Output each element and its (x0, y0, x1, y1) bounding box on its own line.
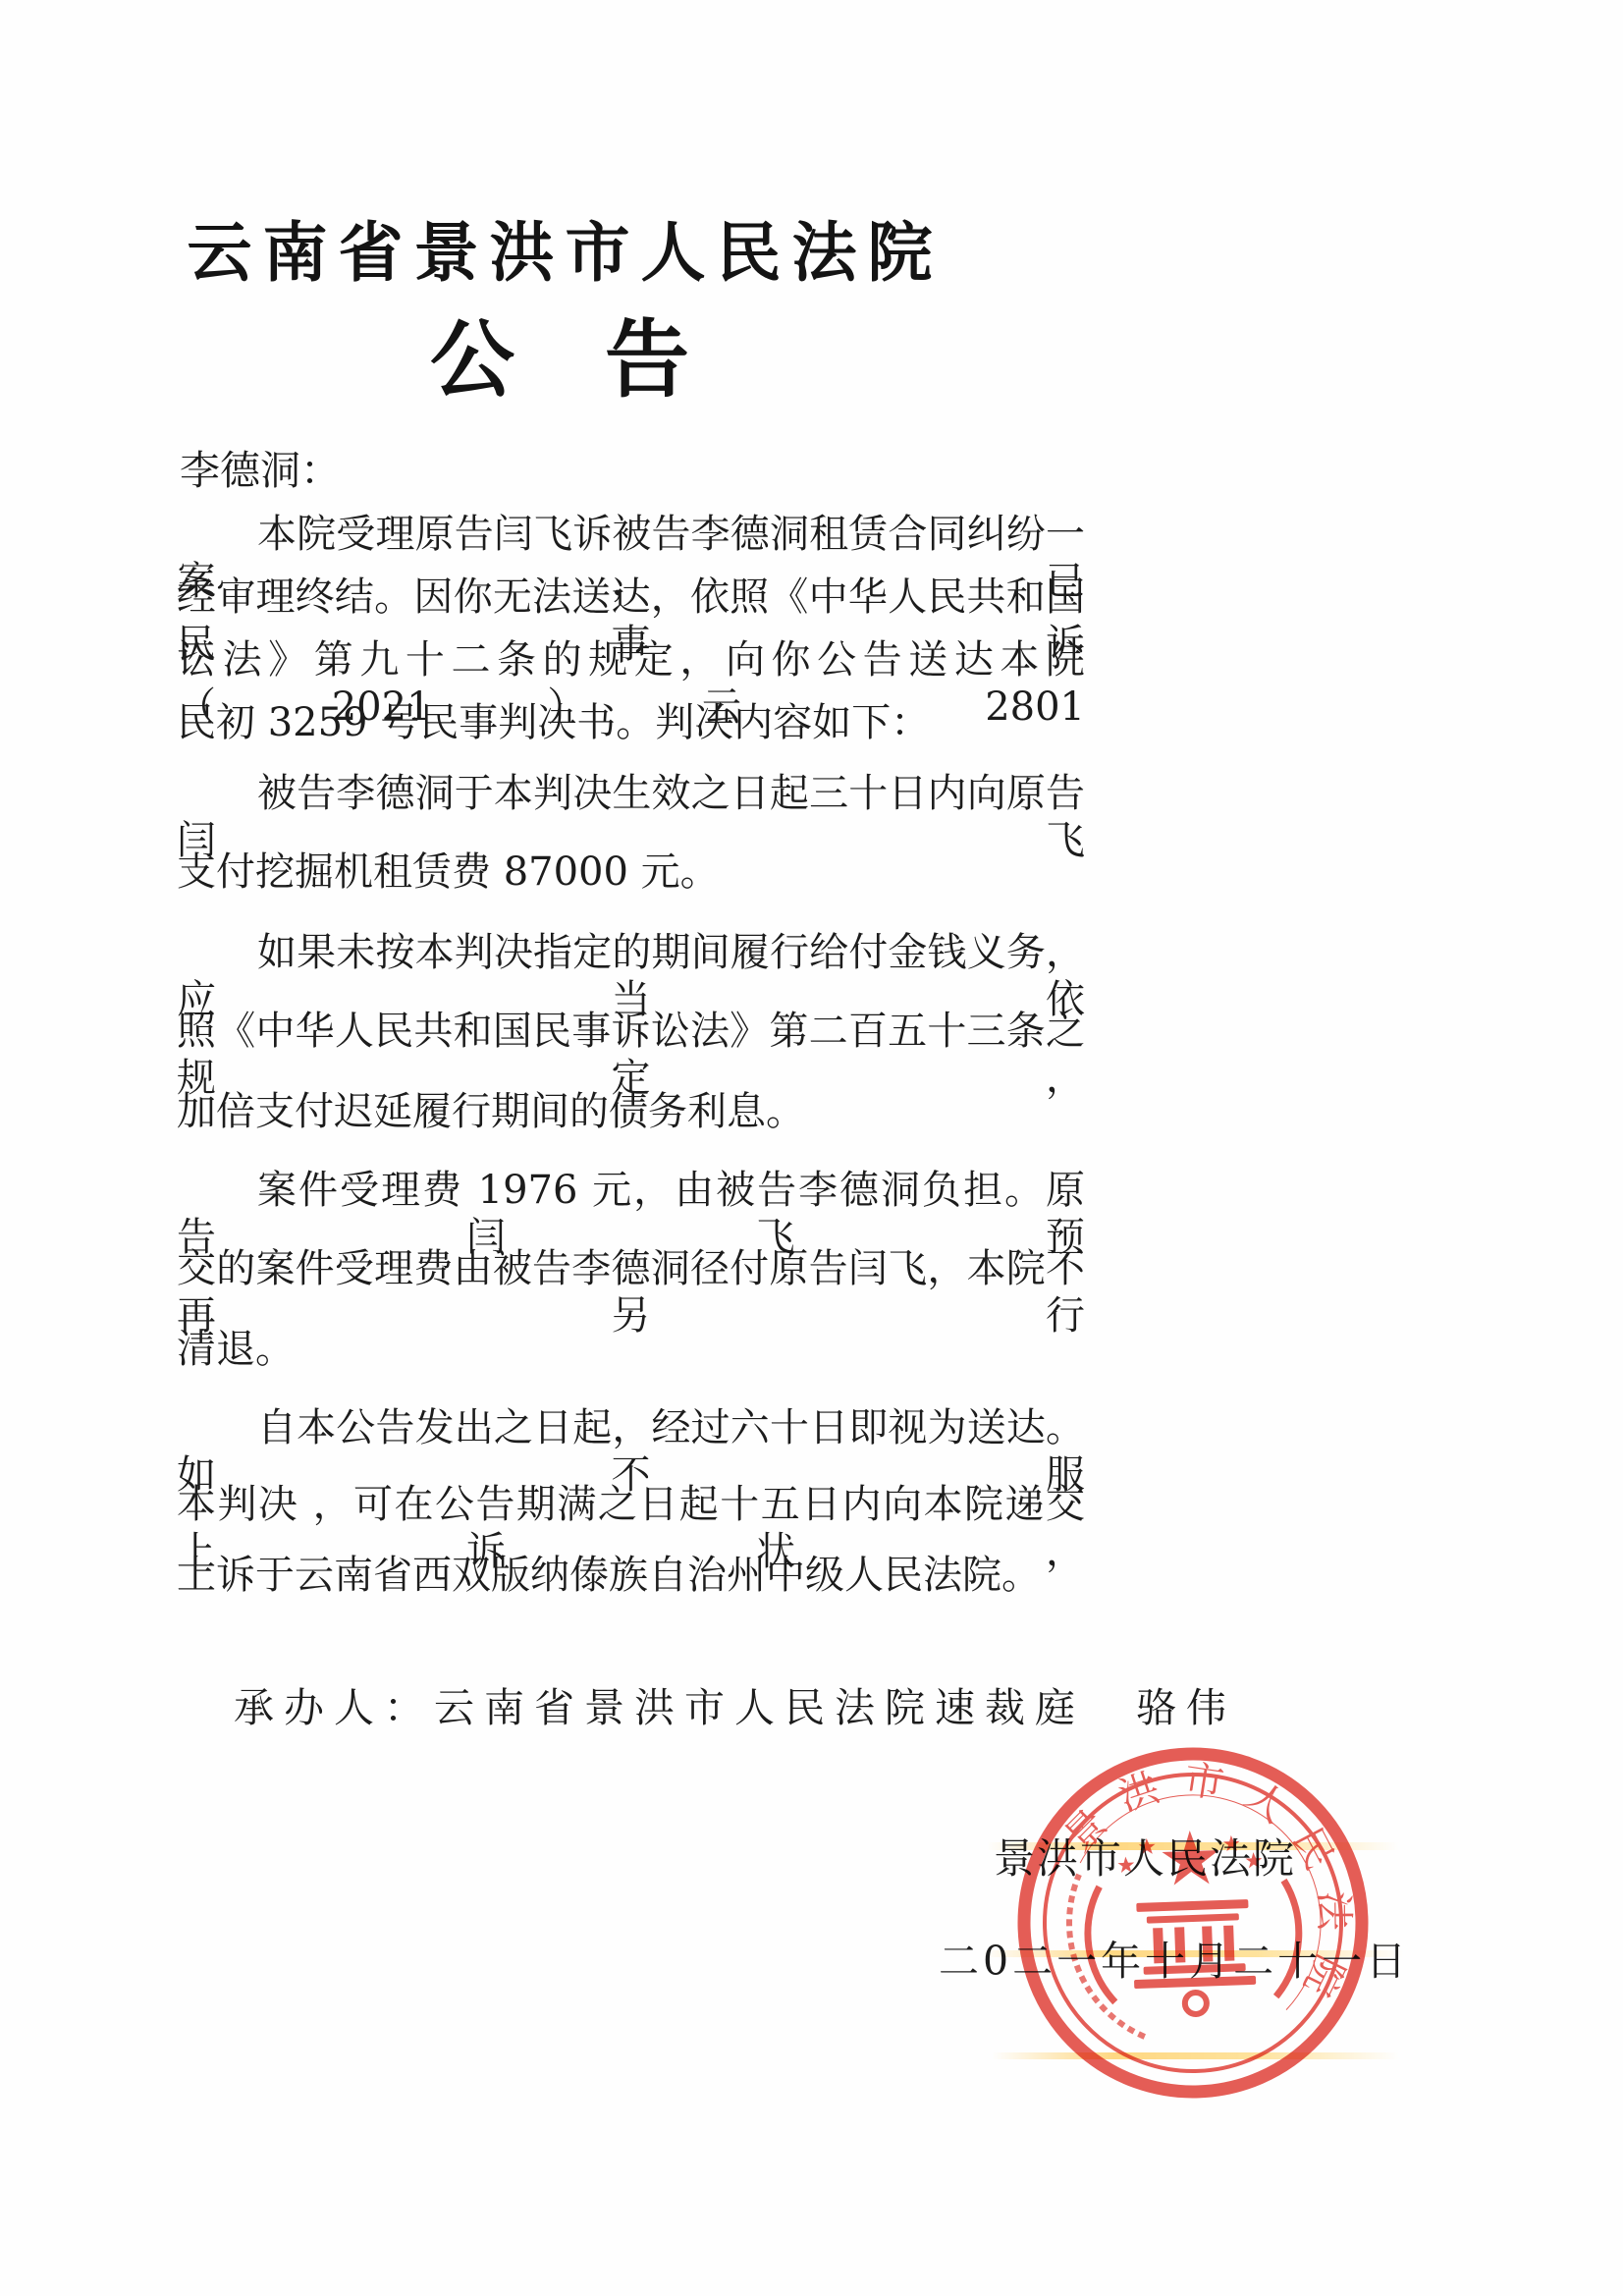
signature-date: 二0二一年十月二十一日 (939, 1929, 1410, 1987)
body-line: 如果未按本判决指定的期间履行给付金钱义务，应当依 (177, 929, 1085, 978)
handler-name: 骆伟 (1136, 1684, 1236, 1731)
body-line: 支付挖掘机租赁费 87000 元。 (177, 848, 1085, 898)
body-line: 清退。 (177, 1326, 1085, 1375)
body-line: 上诉于云南省西双版纳傣族自治州中级人民法院。 (177, 1552, 1085, 1601)
body-line: 加倍支付迟延履行期间的债务利息。 (177, 1088, 1085, 1137)
court-announcement-document: 云南省景洪市人民法院 公告 李德洞： 本院受理原告闫飞诉被告李德洞租赁合同纠纷一… (0, 0, 1623, 2296)
body-line: 本院受理原告闫飞诉被告李德洞租赁合同纠纷一案，已 (177, 511, 1085, 560)
body-line: 照《中华人民共和国民事诉讼法》第二百五十三条之规定， (177, 1008, 1085, 1057)
body-line: 案件受理费 1976 元，由被告李德洞负担。原告闫飞预 (177, 1167, 1085, 1216)
signature-court-name: 景洪市人民法院 (994, 1827, 1296, 1886)
body-line: 讼法》第九十二条的规定，向你公告送达本院（2021）云 2801 (177, 636, 1085, 685)
page-title: 云南省景洪市人民法院 (147, 214, 972, 292)
body-line: 经审理终结。因你无法送达，依照《中华人民共和国民事诉 (177, 574, 1085, 623)
handler-line: 承办人：云南省景洪市人民法院速裁庭骆伟 (234, 1675, 1236, 1733)
handler-label: 承办人：云南省景洪市人民法院速裁庭 (234, 1684, 1085, 1731)
body-line: 交的案件受理费由被告李德洞径付原告闫飞，本院不再另行 (177, 1245, 1085, 1294)
addressee: 李德洞： (180, 447, 341, 495)
body-line: 本判决 ，可在公告期满之日起十五日内向本院递交上诉状， (177, 1481, 1085, 1530)
body-line: 被告李德洞于本判决生效之日起三十日内向原告闫飞 (177, 770, 1085, 819)
doc-title: 公告 (147, 312, 972, 410)
body-line: 自本公告发出之日起，经过六十日即视为送达。如不服 (177, 1404, 1085, 1453)
court-seal-stamp: 景洪市人民法院 (1000, 1729, 1385, 2115)
body-line: 民初 3259 号民事判决书。判决内容如下： (177, 699, 1085, 748)
